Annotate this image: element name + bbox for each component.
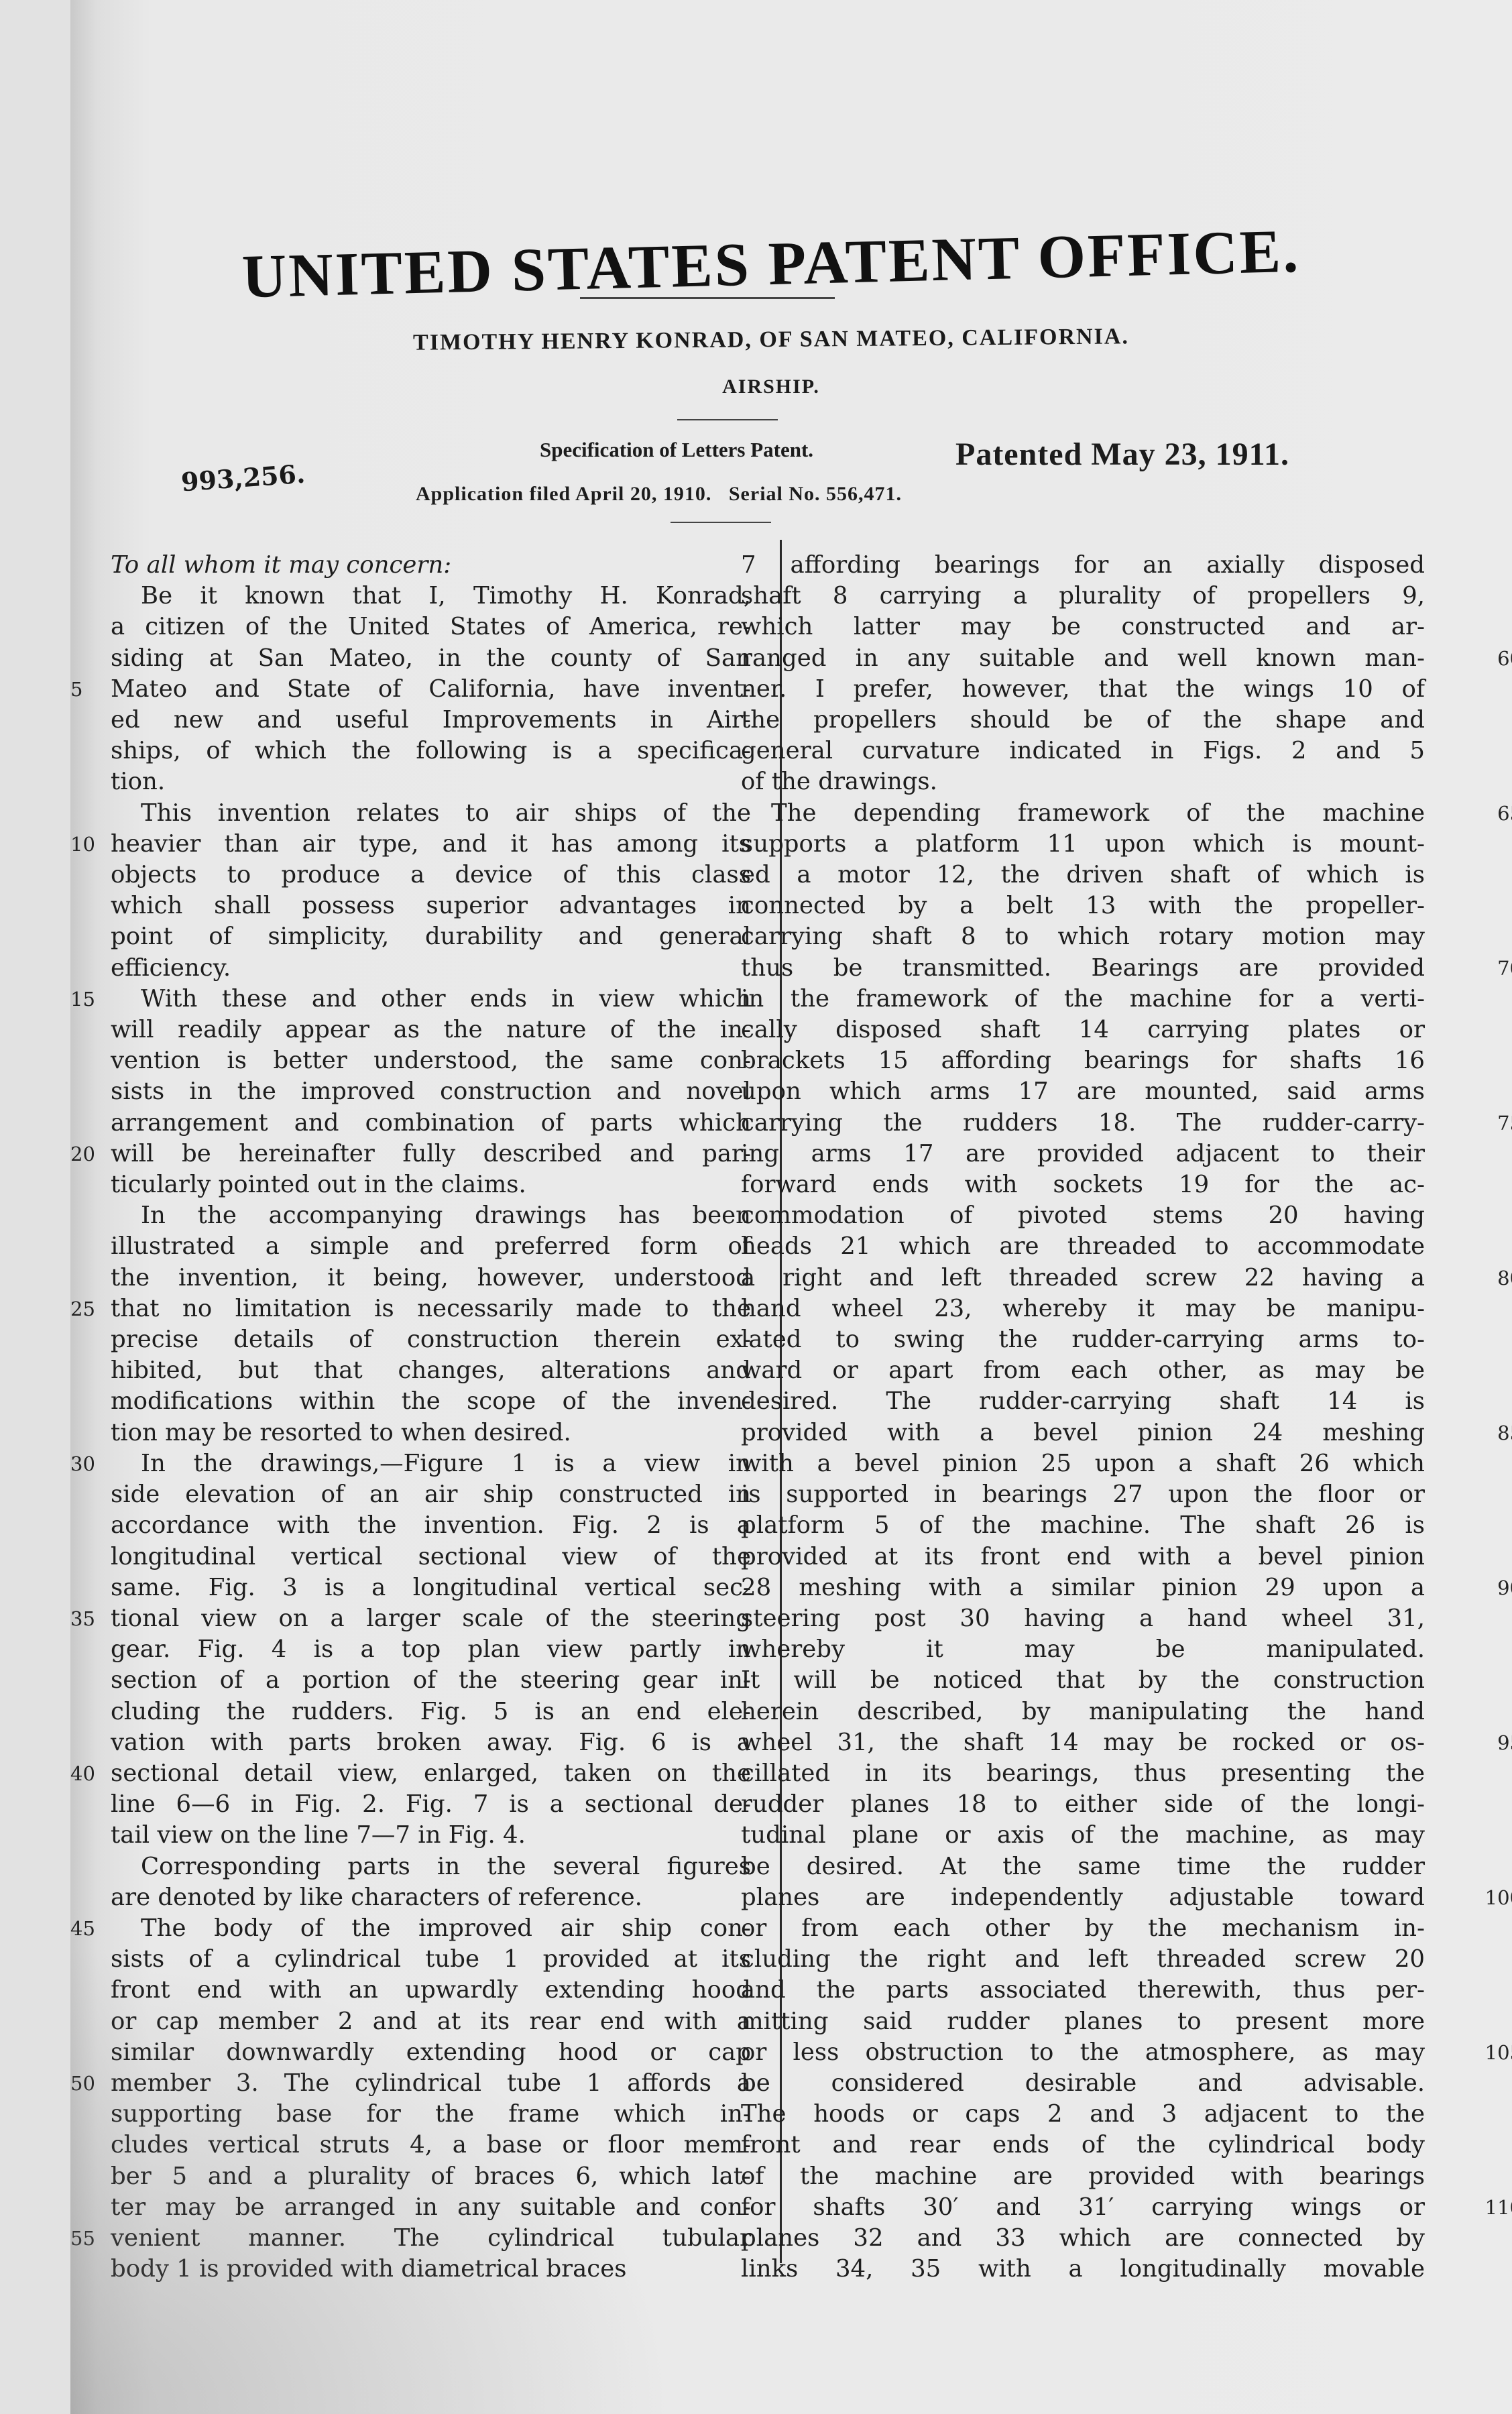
line-text: same. Fig. 3 is a longitudinal vertical … [111,1574,751,1601]
line-text: Corresponding parts in the several figur… [141,1853,751,1880]
line-text: tional view on a larger scale of the ste… [111,1605,751,1632]
line-text: hand wheel 23, whereby it may be manipu- [741,1295,1425,1322]
text-line: planes 32 and 33 which are connected by [741,2223,1425,2254]
line-number: 5 [70,674,82,705]
line-number: 10 [70,829,95,860]
text-line: ing arms 17 are provided adjacent to the… [741,1139,1425,1169]
application-filed-line: Application filed April 20, 1910. Serial… [416,483,902,506]
text-line: shaft 8 carrying a plurality of propelle… [741,581,1425,612]
line-text: This invention relates to air ships of t… [141,799,751,827]
line-text: ner. I prefer, however, that the wings 1… [741,675,1425,703]
line-number: 15 [70,984,95,1015]
text-line: accordance with the invention. Fig. 2 is… [111,1510,751,1541]
text-line: links 34, 35 with a longitudinally movab… [741,2254,1425,2285]
line-text: siding at San Mateo, in the county of Sa… [111,644,751,672]
text-line: connected by a belt 13 with the propelle… [741,890,1425,921]
text-line: planes are independently adjustable towa… [741,1882,1425,1913]
line-text: cally disposed shaft 14 carrying plates … [741,1016,1425,1043]
text-line: side elevation of an air ship constructe… [111,1479,751,1510]
line-text: line 6—6 in Fig. 2. Fig. 7 is a sectiona… [111,1790,751,1818]
text-line: In the accompanying drawings has been [111,1200,751,1231]
text-line: similar downwardly extending hood or cap [111,2037,751,2068]
line-text: provided at its front end with a bevel p… [741,1543,1425,1570]
line-text: or less obstruction to the atmosphere, a… [741,2038,1425,2066]
line-text: supporting base for the frame which in- [111,2100,751,2128]
line-text: side elevation of an air ship constructe… [111,1481,751,1508]
text-line: be desired. At the same time the rudder [741,1851,1425,1882]
text-line: It will be noticed that by the construct… [741,1665,1425,1696]
text-line: be considered desirable and advisable. [741,2068,1425,2099]
line-text: will be hereinafter fully described and … [111,1140,751,1167]
line-text: In the accompanying drawings has been [141,1202,751,1229]
line-number: 60 [1497,643,1512,674]
text-line: ed a motor 12, the driven shaft of which… [741,860,1425,890]
line-text: venient manner. The cylindrical tubular [111,2224,751,2252]
line-text: general curvature indicated in Figs. 2 a… [741,737,1425,764]
line-text: be considered desirable and advisable. [741,2069,1425,2097]
line-number: 105 [1485,2037,1512,2068]
line-text: heavier than air type, and it has among … [111,830,751,858]
line-text: which shall possess superior advantages … [111,892,751,919]
text-line: in the framework of the machine for a ve… [741,984,1425,1015]
text-line: of the drawings. [741,766,1425,797]
text-line: carrying the rudders 18. The rudder-carr… [741,1108,1425,1139]
text-line: whereby it may be manipulated. [741,1634,1425,1665]
line-text: With these and other ends in view which [141,985,751,1013]
line-text: similar downwardly extending hood or cap [111,2038,751,2066]
line-text: ber 5 and a plurality of braces 6, which… [111,2163,751,2190]
line-text: platform 5 of the machine. The shaft 26 … [741,1511,1425,1539]
line-text: 28 meshing with a similar pinion 29 upon… [741,1574,1425,1601]
text-line: tail view on the line 7—7 in Fig. 4. [111,1820,751,1851]
line-text: To all whom it may concern: [111,551,451,579]
text-line: tudinal plane or axis of the machine, as… [741,1820,1425,1851]
text-line: desired. The rudder-carrying shaft 14 is [741,1386,1425,1417]
text-line: 7 affording bearings for an axially disp… [741,550,1425,581]
text-line: or less obstruction to the atmosphere, a… [741,2037,1425,2068]
line-text: sists of a cylindrical tube 1 provided a… [111,1945,751,1973]
text-line: Corresponding parts in the several figur… [111,1851,751,1882]
line-text: carrying shaft 8 to which rotary motion … [741,923,1425,950]
line-text: of the machine are provided with bearing… [741,2163,1425,2190]
text-line: of the machine are provided with bearing… [741,2161,1425,2192]
line-text: is supported in bearings 27 upon the flo… [741,1481,1425,1508]
line-text: hibited, but that changes, alterations a… [111,1357,751,1384]
line-text: wheel 31, the shaft 14 may be rocked or … [741,1729,1425,1756]
text-line: mitting said rudder planes to present mo… [741,2006,1425,2037]
line-number: 50 [70,2068,95,2099]
text-line: front and rear ends of the cylindrical b… [741,2130,1425,2161]
line-text: gear. Fig. 4 is a top plan view partly i… [111,1635,751,1663]
text-line: illustrated a simple and preferred form … [111,1231,751,1262]
line-text: herein described, by manipulating the ha… [741,1698,1425,1725]
text-line: cillated in its bearings, thus presentin… [741,1758,1425,1789]
line-text: ticularly pointed out in the claims. [111,1171,526,1198]
text-line: To all whom it may concern: [111,550,751,581]
line-number: 95 [1497,1727,1512,1758]
line-text: links 34, 35 with a longitudinally movab… [741,2255,1425,2283]
text-line: ranged in any suitable and well known ma… [741,643,1425,674]
text-line: will readily appear as the nature of the… [111,1015,751,1045]
text-line: objects to produce a device of this clas… [111,860,751,890]
text-line: a right and left threaded screw 22 havin… [741,1263,1425,1294]
text-line: hibited, but that changes, alterations a… [111,1355,751,1386]
line-text: heads 21 which are threaded to accommoda… [741,1232,1425,1260]
text-line: ward or apart from each other, as may be [741,1355,1425,1386]
line-text: illustrated a simple and preferred form … [111,1232,751,1260]
invention-title: AIRSHIP. [168,376,1375,398]
line-number: 55 [70,2223,95,2254]
text-line: or cap member 2 and at its rear end with… [111,2006,751,2037]
line-text: objects to produce a device of this clas… [111,861,751,888]
line-text: efficiency. [111,954,231,982]
text-line: lated to swing the rudder-carrying arms … [741,1324,1425,1355]
application-date: Application filed April 20, 1910. [416,483,711,505]
patent-page: UNITED STATES PATENT OFFICE. TIMOTHY HEN… [70,0,1512,2414]
text-line: provided with a bevel pinion 24 meshing8… [741,1418,1425,1448]
line-text: steering post 30 having a hand wheel 31, [741,1605,1425,1632]
text-line: 28 meshing with a similar pinion 29 upon… [741,1572,1425,1603]
line-text: mitting said rudder planes to present mo… [741,2008,1425,2035]
text-line: ships, of which the following is a speci… [111,736,751,766]
text-line: modifications within the scope of the in… [111,1386,751,1417]
text-line: sists in the improved construction and n… [111,1076,751,1107]
text-line: forward ends with sockets 19 for the ac- [741,1169,1425,1200]
text-line: In the drawings,—Figure 1 is a view in30 [111,1448,751,1479]
line-text: be desired. At the same time the rudder [741,1853,1425,1880]
line-text: are denoted by like characters of refere… [111,1884,642,1911]
line-number: 35 [70,1603,95,1634]
text-line: heads 21 which are threaded to accommoda… [741,1231,1425,1262]
title-rule [677,419,778,420]
line-text: In the drawings,—Figure 1 is a view in [141,1450,751,1477]
line-text: Be it known that I, Timothy H. Konrad, [141,582,751,610]
text-line: heavier than air type, and it has among … [111,829,751,860]
text-line: tional view on a larger scale of the ste… [111,1603,751,1634]
text-line: same. Fig. 3 is a longitudinal vertical … [111,1572,751,1603]
text-line: provided at its front end with a bevel p… [741,1542,1425,1572]
text-line: sists of a cylindrical tube 1 provided a… [111,1944,751,1975]
line-text: for shafts 30′ and 31′ carrying wings or [741,2193,1425,2221]
line-text: or cap member 2 and at its rear end with… [111,2008,751,2035]
line-number: 25 [70,1294,95,1324]
line-text: upon which arms 17 are mounted, said arm… [741,1078,1425,1105]
line-text: modifications within the scope of the in… [111,1387,751,1415]
line-text: cluding the rudders. Fig. 5 is an end el… [111,1698,751,1725]
text-line: supports a platform 11 upon which is mou… [741,829,1425,860]
line-text: carrying the rudders 18. The rudder-carr… [741,1109,1425,1137]
text-line: Be it known that I, Timothy H. Konrad, [111,581,751,612]
text-line: point of simplicity, durability and gene… [111,921,751,952]
text-line: The body of the improved air ship con-45 [111,1913,751,1944]
text-line: cludes vertical struts 4, a base or floo… [111,2130,751,2161]
text-line: ber 5 and a plurality of braces 6, which… [111,2161,751,2192]
line-text: The body of the improved air ship con- [141,1914,751,1942]
text-line: gear. Fig. 4 is a top plan view partly i… [111,1634,751,1665]
text-line: are denoted by like characters of refere… [111,1882,751,1913]
header-bottom-rule [671,522,771,523]
line-text: It will be noticed that by the construct… [741,1666,1425,1694]
line-text: in the framework of the machine for a ve… [741,985,1425,1013]
text-line: rudder planes 18 to either side of the l… [741,1789,1425,1820]
text-line: This invention relates to air ships of t… [111,798,751,829]
line-number: 30 [70,1448,95,1479]
line-text: longitudinal vertical sectional view of … [111,1543,751,1570]
line-text: whereby it may be manipulated. [741,1635,1425,1663]
text-line: carrying shaft 8 to which rotary motion … [741,921,1425,952]
left-column: To all whom it may concern:Be it known t… [111,550,751,2285]
line-text: precise details of construction therein … [111,1326,751,1353]
text-line: for shafts 30′ and 31′ carrying wings or… [741,2192,1425,2223]
text-line: cluding the right and left threaded scre… [741,1944,1425,1975]
line-text: rudder planes 18 to either side of the l… [741,1790,1425,1818]
line-text: ranged in any suitable and well known ma… [741,644,1425,672]
line-text: of the drawings. [741,768,937,795]
line-number: 80 [1497,1263,1512,1294]
line-number: 70 [1497,953,1512,984]
text-line: ner. I prefer, however, that the wings 1… [741,674,1425,705]
specification-label: Specification of Letters Patent. [540,438,813,462]
text-line: front end with an upwardly extending hoo… [111,1975,751,2006]
line-text: accordance with the invention. Fig. 2 is… [111,1511,751,1539]
text-line: tion. [111,766,751,797]
line-text: and the parts associated therewith, thus… [741,1976,1425,2004]
text-line: line 6—6 in Fig. 2. Fig. 7 is a sectiona… [111,1789,751,1820]
line-number: 110 [1485,2192,1512,2223]
line-text: the propellers should be of the shape an… [741,706,1425,734]
line-number: 75 [1497,1108,1512,1139]
text-line: is supported in bearings 27 upon the flo… [741,1479,1425,1510]
text-line: brackets 15 affording bearings for shaft… [741,1045,1425,1076]
line-text: or from each other by the mechanism in- [741,1914,1425,1942]
line-text: ward or apart from each other, as may be [741,1357,1425,1384]
text-line: venient manner. The cylindrical tubular5… [111,2223,751,2254]
line-text: cludes vertical struts 4, a base or floo… [111,2131,751,2159]
text-line: upon which arms 17 are mounted, said arm… [741,1076,1425,1107]
text-line: with a bevel pinion 25 upon a shaft 26 w… [741,1448,1425,1479]
line-text: desired. The rudder-carrying shaft 14 is [741,1387,1425,1415]
line-text: point of simplicity, durability and gene… [111,923,751,950]
patent-number: 993,256. [180,459,306,498]
text-line: section of a portion of the steering gea… [111,1665,751,1696]
line-text: member 3. The cylindrical tube 1 affords… [111,2069,751,2097]
line-text: sists in the improved construction and n… [111,1078,751,1105]
text-line: longitudinal vertical sectional view of … [111,1542,751,1572]
line-text: tion. [111,768,165,795]
text-line: siding at San Mateo, in the county of Sa… [111,643,751,674]
text-line: ter may be arranged in any suitable and … [111,2192,751,2223]
line-text: which latter may be constructed and ar- [741,613,1425,640]
line-text: will readily appear as the nature of the… [111,1016,751,1043]
line-text: thus be transmitted. Bearings are provid… [741,954,1425,982]
line-text: the invention, it being, however, unders… [111,1264,751,1291]
line-text: The hoods or caps 2 and 3 adjacent to th… [741,2100,1425,2128]
line-text: front end with an upwardly extending hoo… [111,1976,751,2004]
right-column: 7 affording bearings for an axially disp… [741,550,1425,2285]
patented-date: Patented May 23, 1911. [955,436,1289,473]
line-text: that no limitation is necessarily made t… [111,1295,751,1322]
line-number: 20 [70,1139,95,1169]
line-number: 90 [1497,1572,1512,1603]
line-text: The depending framework of the machine [771,799,1425,827]
line-number: 40 [70,1758,95,1789]
text-line: the propellers should be of the shape an… [741,705,1425,736]
line-text: cluding the right and left threaded scre… [741,1945,1425,1973]
text-line: arrangement and combination of parts whi… [111,1108,751,1139]
text-line: Mateo and State of California, have inve… [111,674,751,705]
text-line: precise details of construction therein … [111,1324,751,1355]
text-line: will be hereinafter fully described and … [111,1139,751,1169]
text-line: which latter may be constructed and ar- [741,612,1425,642]
inventor-line: TIMOTHY HENRY KONRAD, OF SAN MATEO, CALI… [168,322,1375,358]
serial-number: Serial No. 556,471. [729,483,902,505]
text-line: thus be transmitted. Bearings are provid… [741,953,1425,984]
text-line: With these and other ends in view which1… [111,984,751,1015]
text-line: tion may be resorted to when desired. [111,1418,751,1448]
text-line: sectional detail view, enlarged, taken o… [111,1758,751,1789]
text-line: cally disposed shaft 14 carrying plates … [741,1015,1425,1045]
text-line: member 3. The cylindrical tube 1 affords… [111,2068,751,2099]
line-text: forward ends with sockets 19 for the ac- [741,1171,1425,1198]
line-text: cillated in its bearings, thus presentin… [741,1760,1425,1787]
line-text: brackets 15 affording bearings for shaft… [741,1047,1425,1074]
line-text: vention is better understood, the same c… [111,1047,751,1074]
line-text: tion may be resorted to when desired. [111,1419,571,1446]
line-text: ing arms 17 are provided adjacent to the… [741,1140,1425,1167]
line-text: with a bevel pinion 25 upon a shaft 26 w… [741,1450,1425,1477]
text-line: The hoods or caps 2 and 3 adjacent to th… [741,2099,1425,2130]
line-text: 7 affording bearings for an axially disp… [741,551,1425,579]
line-text: commodation of pivoted stems 20 having [741,1202,1425,1229]
line-text: ships, of which the following is a speci… [111,737,751,764]
line-number: 45 [70,1913,95,1944]
text-line: The depending framework of the machine65 [741,798,1425,829]
text-line: and the parts associated therewith, thus… [741,1975,1425,2006]
text-line: a citizen of the United States of Americ… [111,612,751,642]
text-line: hand wheel 23, whereby it may be manipu- [741,1294,1425,1324]
text-line: vation with parts broken away. Fig. 6 is… [111,1727,751,1758]
line-number: 100 [1485,1882,1512,1913]
text-line: cluding the rudders. Fig. 5 is an end el… [111,1697,751,1727]
line-text: a right and left threaded screw 22 havin… [741,1264,1425,1291]
text-line: ed new and useful Improvements in Air- [111,705,751,736]
line-text: body 1 is provided with diametrical brac… [111,2255,626,2283]
line-number: 85 [1497,1418,1512,1448]
line-number: 65 [1497,798,1512,829]
line-text: ed new and useful Improvements in Air- [111,706,751,734]
text-line: commodation of pivoted stems 20 having [741,1200,1425,1231]
text-line: supporting base for the frame which in- [111,2099,751,2130]
text-line: steering post 30 having a hand wheel 31, [741,1603,1425,1634]
line-text: front and rear ends of the cylindrical b… [741,2131,1425,2159]
line-text: Mateo and State of California, have inve… [111,675,751,703]
line-text: shaft 8 carrying a plurality of propelle… [741,582,1425,610]
text-line: body 1 is provided with diametrical brac… [111,2254,751,2285]
line-text: provided with a bevel pinion 24 meshing [741,1419,1425,1446]
line-text: connected by a belt 13 with the propelle… [741,892,1425,919]
text-line: herein described, by manipulating the ha… [741,1697,1425,1727]
text-line: general curvature indicated in Figs. 2 a… [741,736,1425,766]
line-text: lated to swing the rudder-carrying arms … [741,1326,1425,1353]
line-text: planes 32 and 33 which are connected by [741,2224,1425,2252]
text-line: which shall possess superior advantages … [111,890,751,921]
line-text: a citizen of the United States of Americ… [111,613,751,640]
line-text: ter may be arranged in any suitable and … [111,2193,751,2221]
text-line: wheel 31, the shaft 14 may be rocked or … [741,1727,1425,1758]
line-text: arrangement and combination of parts whi… [111,1109,751,1137]
line-text: tail view on the line 7—7 in Fig. 4. [111,1821,526,1849]
text-line: vention is better understood, the same c… [111,1045,751,1076]
line-text: sectional detail view, enlarged, taken o… [111,1760,751,1787]
text-line: the invention, it being, however, unders… [111,1263,751,1294]
text-line: efficiency. [111,953,751,984]
line-text: planes are independently adjustable towa… [741,1884,1425,1911]
heading-rule [580,297,835,299]
line-text: section of a portion of the steering gea… [111,1666,751,1694]
text-line: or from each other by the mechanism in- [741,1913,1425,1944]
line-text: vation with parts broken away. Fig. 6 is… [111,1729,751,1756]
line-text: tudinal plane or axis of the machine, as… [741,1821,1425,1849]
text-line: that no limitation is necessarily made t… [111,1294,751,1324]
text-line: ticularly pointed out in the claims. [111,1169,751,1200]
line-text: supports a platform 11 upon which is mou… [741,830,1425,858]
line-text: ed a motor 12, the driven shaft of which… [741,861,1425,888]
text-line: platform 5 of the machine. The shaft 26 … [741,1510,1425,1541]
